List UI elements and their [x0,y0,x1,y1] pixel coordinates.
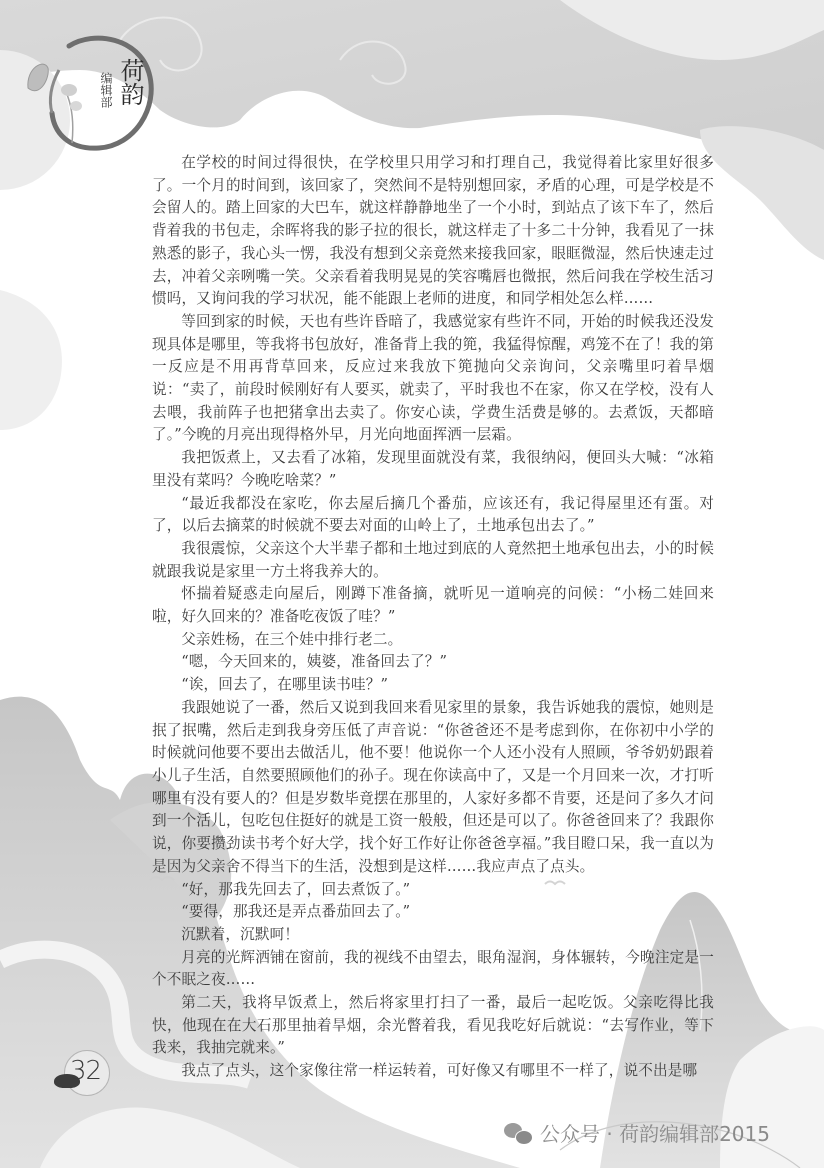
paragraph: 怀揣着疑惑走向屋后，刚蹲下准备摘，就听见一道响亮的问候：“小杨二娃回来啦，好久回… [152,583,714,628]
paragraph: 在学校的时间过得很快，在学校里只用学习和打理自己，我觉得着比家里好很多了。一个月… [152,152,714,311]
paragraph: “最近我都没在家吃，你去屋后摘几个番茄，应该还有，我记得屋里还有蛋。对了，以后去… [152,493,714,538]
paragraph: 我点了点头，这个家像往常一样运转着，可好像又有哪里不一样了，说不出是哪 [152,1060,714,1083]
page-number: 32 [70,1056,101,1086]
paragraph: “要得，那我还是弄点番茄回去了。” [152,901,714,924]
paragraph: “诶，回去了，在哪里读书哇？” [152,674,714,697]
paragraph: 我很震惊，父亲这个大半辈子都和土地过到底的人竟然把土地承包出去，小的时候就跟我说… [152,538,714,583]
paragraph: 等回到家的时候，天也有些许昏暗了，我感觉家有些许不同，开始的时候我还没发现具体是… [152,311,714,447]
paragraph: 我跟她说了一番，然后又说到我回来看见家里的景象，我告诉她我的震惊，她则是抿了抿嘴… [152,697,714,879]
watermark-text: 公众号 · 荷韵编辑部2015 [540,1118,770,1147]
article-body: 在学校的时间过得很快，在学校里只用学习和打理自己，我觉得着比家里好很多了。一个月… [152,152,714,1083]
paragraph: “好，那我先回去了，回去煮饭了。” [152,879,714,902]
logo-title: 荷韵 [118,58,144,106]
butterfly-icon [28,64,48,91]
wechat-watermark: 公众号 · 荷韵编辑部2015 [504,1118,770,1147]
logo: 荷韵 编辑部 [14,28,164,158]
paragraph: 沉默着，沉默呵！ [152,924,714,947]
logo-subtitle: 编辑部 [98,72,114,108]
wechat-icon [504,1121,534,1145]
paragraph: “嗯，今天回来的，姨婆，准备回去了？” [152,651,714,674]
page-number-badge: 32 [60,1050,108,1098]
paragraph: 父亲姓杨，在三个娃中排行老二。 [152,629,714,652]
paragraph: 我把饭煮上，又去看了冰箱，发现里面就没有菜，我很纳闷，便回头大喊：“冰箱里没有菜… [152,447,714,492]
paragraph: 第二天，我将早饭煮上，然后将家里打扫了一番，最后一起吃饭。父亲吃得比我快，他现在… [152,992,714,1060]
paragraph: 月亮的光辉洒铺在窗前，我的视线不由望去，眼角湿润，身体辗转，今晚注定是一个不眠之… [152,947,714,992]
